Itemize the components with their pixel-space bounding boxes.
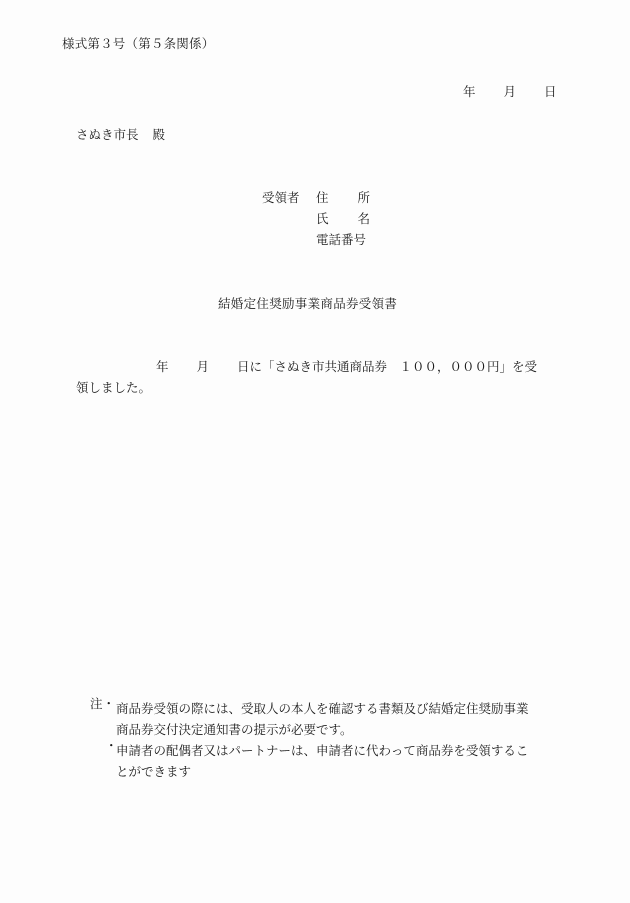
notes-section: 注・ 商品券受領の際には、受取人の本人を確認する書類及び結婚定住奨励事業 商品券… <box>90 698 560 782</box>
addressee-honorific: 殿 <box>153 127 166 142</box>
note-line: とができます <box>116 761 560 782</box>
body-line-2: 領しました。 <box>76 382 558 395</box>
body-line-1-rest: 日に「さぬき市共通商品券 １００，０００円」を受 <box>237 359 537 374</box>
receiver-fields: 住所 氏名 電話番号 <box>316 192 370 255</box>
body-line-1: 年月日に「さぬき市共通商品券 １００，０００円」を受 <box>76 361 558 382</box>
note-line: 商品券交付決定通知書の提示が必要です。 <box>116 719 560 740</box>
name-label-part1: 氏 <box>316 213 329 226</box>
date-line: 年月日 <box>463 86 557 99</box>
addressee-name: さぬき市長 <box>76 127 139 142</box>
note-marker: ・ <box>105 740 118 753</box>
date-year-label: 年 <box>463 86 476 99</box>
form-number: 様式第３号（第５条関係） <box>62 38 214 51</box>
date-day-label: 日 <box>544 86 557 99</box>
note-item: ・ 申請者の配偶者又はパートナーは、申請者に代わって商品券を受領するこ とができ… <box>90 740 560 782</box>
addressee: さぬき市長殿 <box>76 129 165 142</box>
date-month-label: 月 <box>504 86 517 99</box>
note-marker: 注・ <box>90 698 115 711</box>
receiver-label: 受領者 <box>262 192 300 205</box>
name-label-part2: 名 <box>357 213 370 226</box>
receiver-name-field: 氏名 <box>316 213 370 234</box>
address-label-part2: 所 <box>357 192 370 205</box>
note-line: 商品券受領の際には、受取人の本人を確認する書類及び結婚定住奨励事業 <box>116 698 560 719</box>
body-month-label: 月 <box>197 359 210 374</box>
body-text: 年月日に「さぬき市共通商品券 １００，０００円」を受 領しました。 <box>76 361 558 395</box>
address-label-part1: 住 <box>316 192 329 205</box>
receiver-address-field: 住所 <box>316 192 370 213</box>
receiver-phone-field: 電話番号 <box>316 234 370 255</box>
document-title: 結婚定住奨励事業商品券受領書 <box>218 298 397 311</box>
body-year-label: 年 <box>156 359 169 374</box>
note-item: 注・ 商品券受領の際には、受取人の本人を確認する書類及び結婚定住奨励事業 商品券… <box>90 698 560 740</box>
phone-label: 電話番号 <box>316 232 366 247</box>
note-line: 申請者の配偶者又はパートナーは、申請者に代わって商品券を受領するこ <box>116 740 560 761</box>
